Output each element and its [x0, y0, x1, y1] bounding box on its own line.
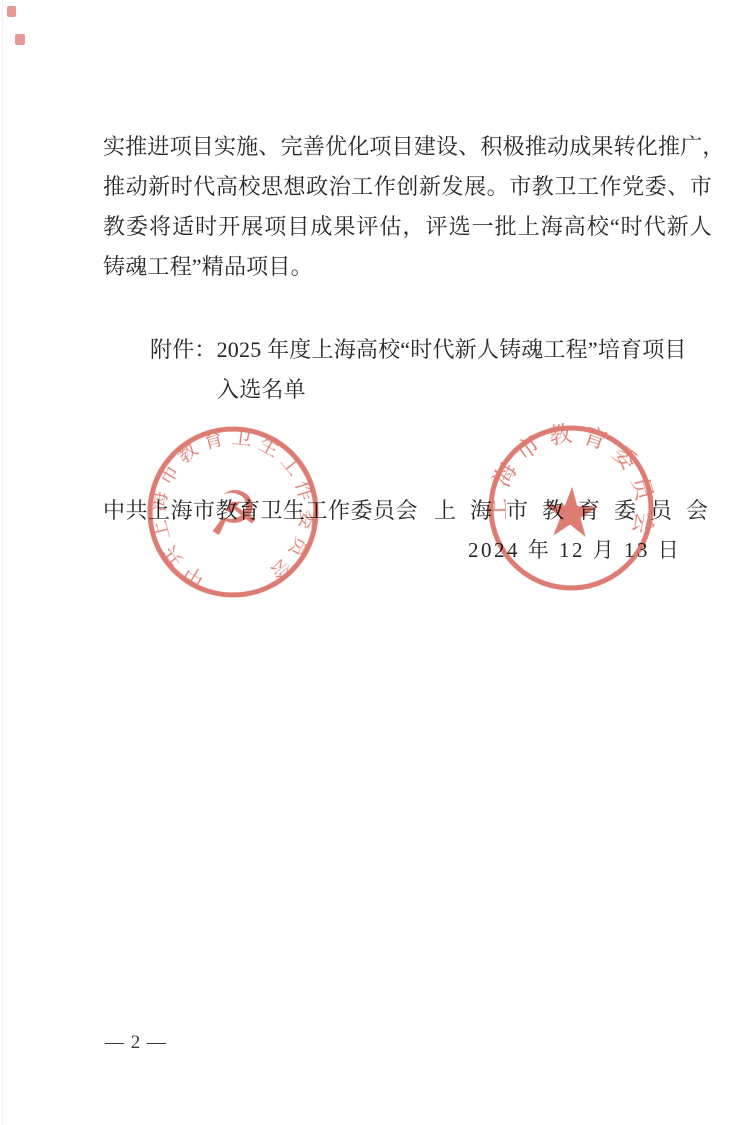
- body-paragraph: 实推进项目实施、完善优化项目建设、积极推动成果转化推广， 推动新时代高校思想政治…: [103, 127, 712, 287]
- education-commission-seal-graphic: 上海市教育委员会 ★: [476, 413, 665, 602]
- attachment-line-2: 入选名单: [217, 370, 720, 410]
- hammer-sickle-icon: ☭: [204, 477, 263, 551]
- body-line-1: 实推进项目实施、完善优化项目建设、积极推动成果转化推广，: [103, 127, 712, 167]
- party-committee-seal: 中共上海市教育卫生工作委员会 ☭: [137, 416, 329, 608]
- scan-edge-artifact: [2, 0, 3, 1125]
- red-speck-artifact: [15, 34, 25, 45]
- red-speck-artifact: [7, 6, 16, 17]
- attachment-line-1: 附件：2025 年度上海高校“时代新人铸魂工程”培育项目: [150, 330, 720, 370]
- body-line-2: 推动新时代高校思想政治工作创新发展。市教卫工作党委、市: [103, 167, 712, 207]
- education-commission-seal: 上海市教育委员会 ★: [476, 413, 665, 602]
- attachment-block: 附件：2025 年度上海高校“时代新人铸魂工程”培育项目 入选名单: [150, 330, 720, 410]
- document-page: 实推进项目实施、完善优化项目建设、积极推动成果转化推广， 推动新时代高校思想政治…: [0, 0, 745, 1125]
- page-number: — 2 —: [105, 1032, 167, 1054]
- body-line-3: 教委将适时开展项目成果评估，评选一批上海高校“时代新人: [103, 207, 712, 247]
- star-icon: ★: [538, 472, 603, 554]
- body-line-4: 铸魂工程”精品项目。: [103, 247, 712, 287]
- party-committee-seal-graphic: 中共上海市教育卫生工作委员会 ☭: [137, 416, 329, 608]
